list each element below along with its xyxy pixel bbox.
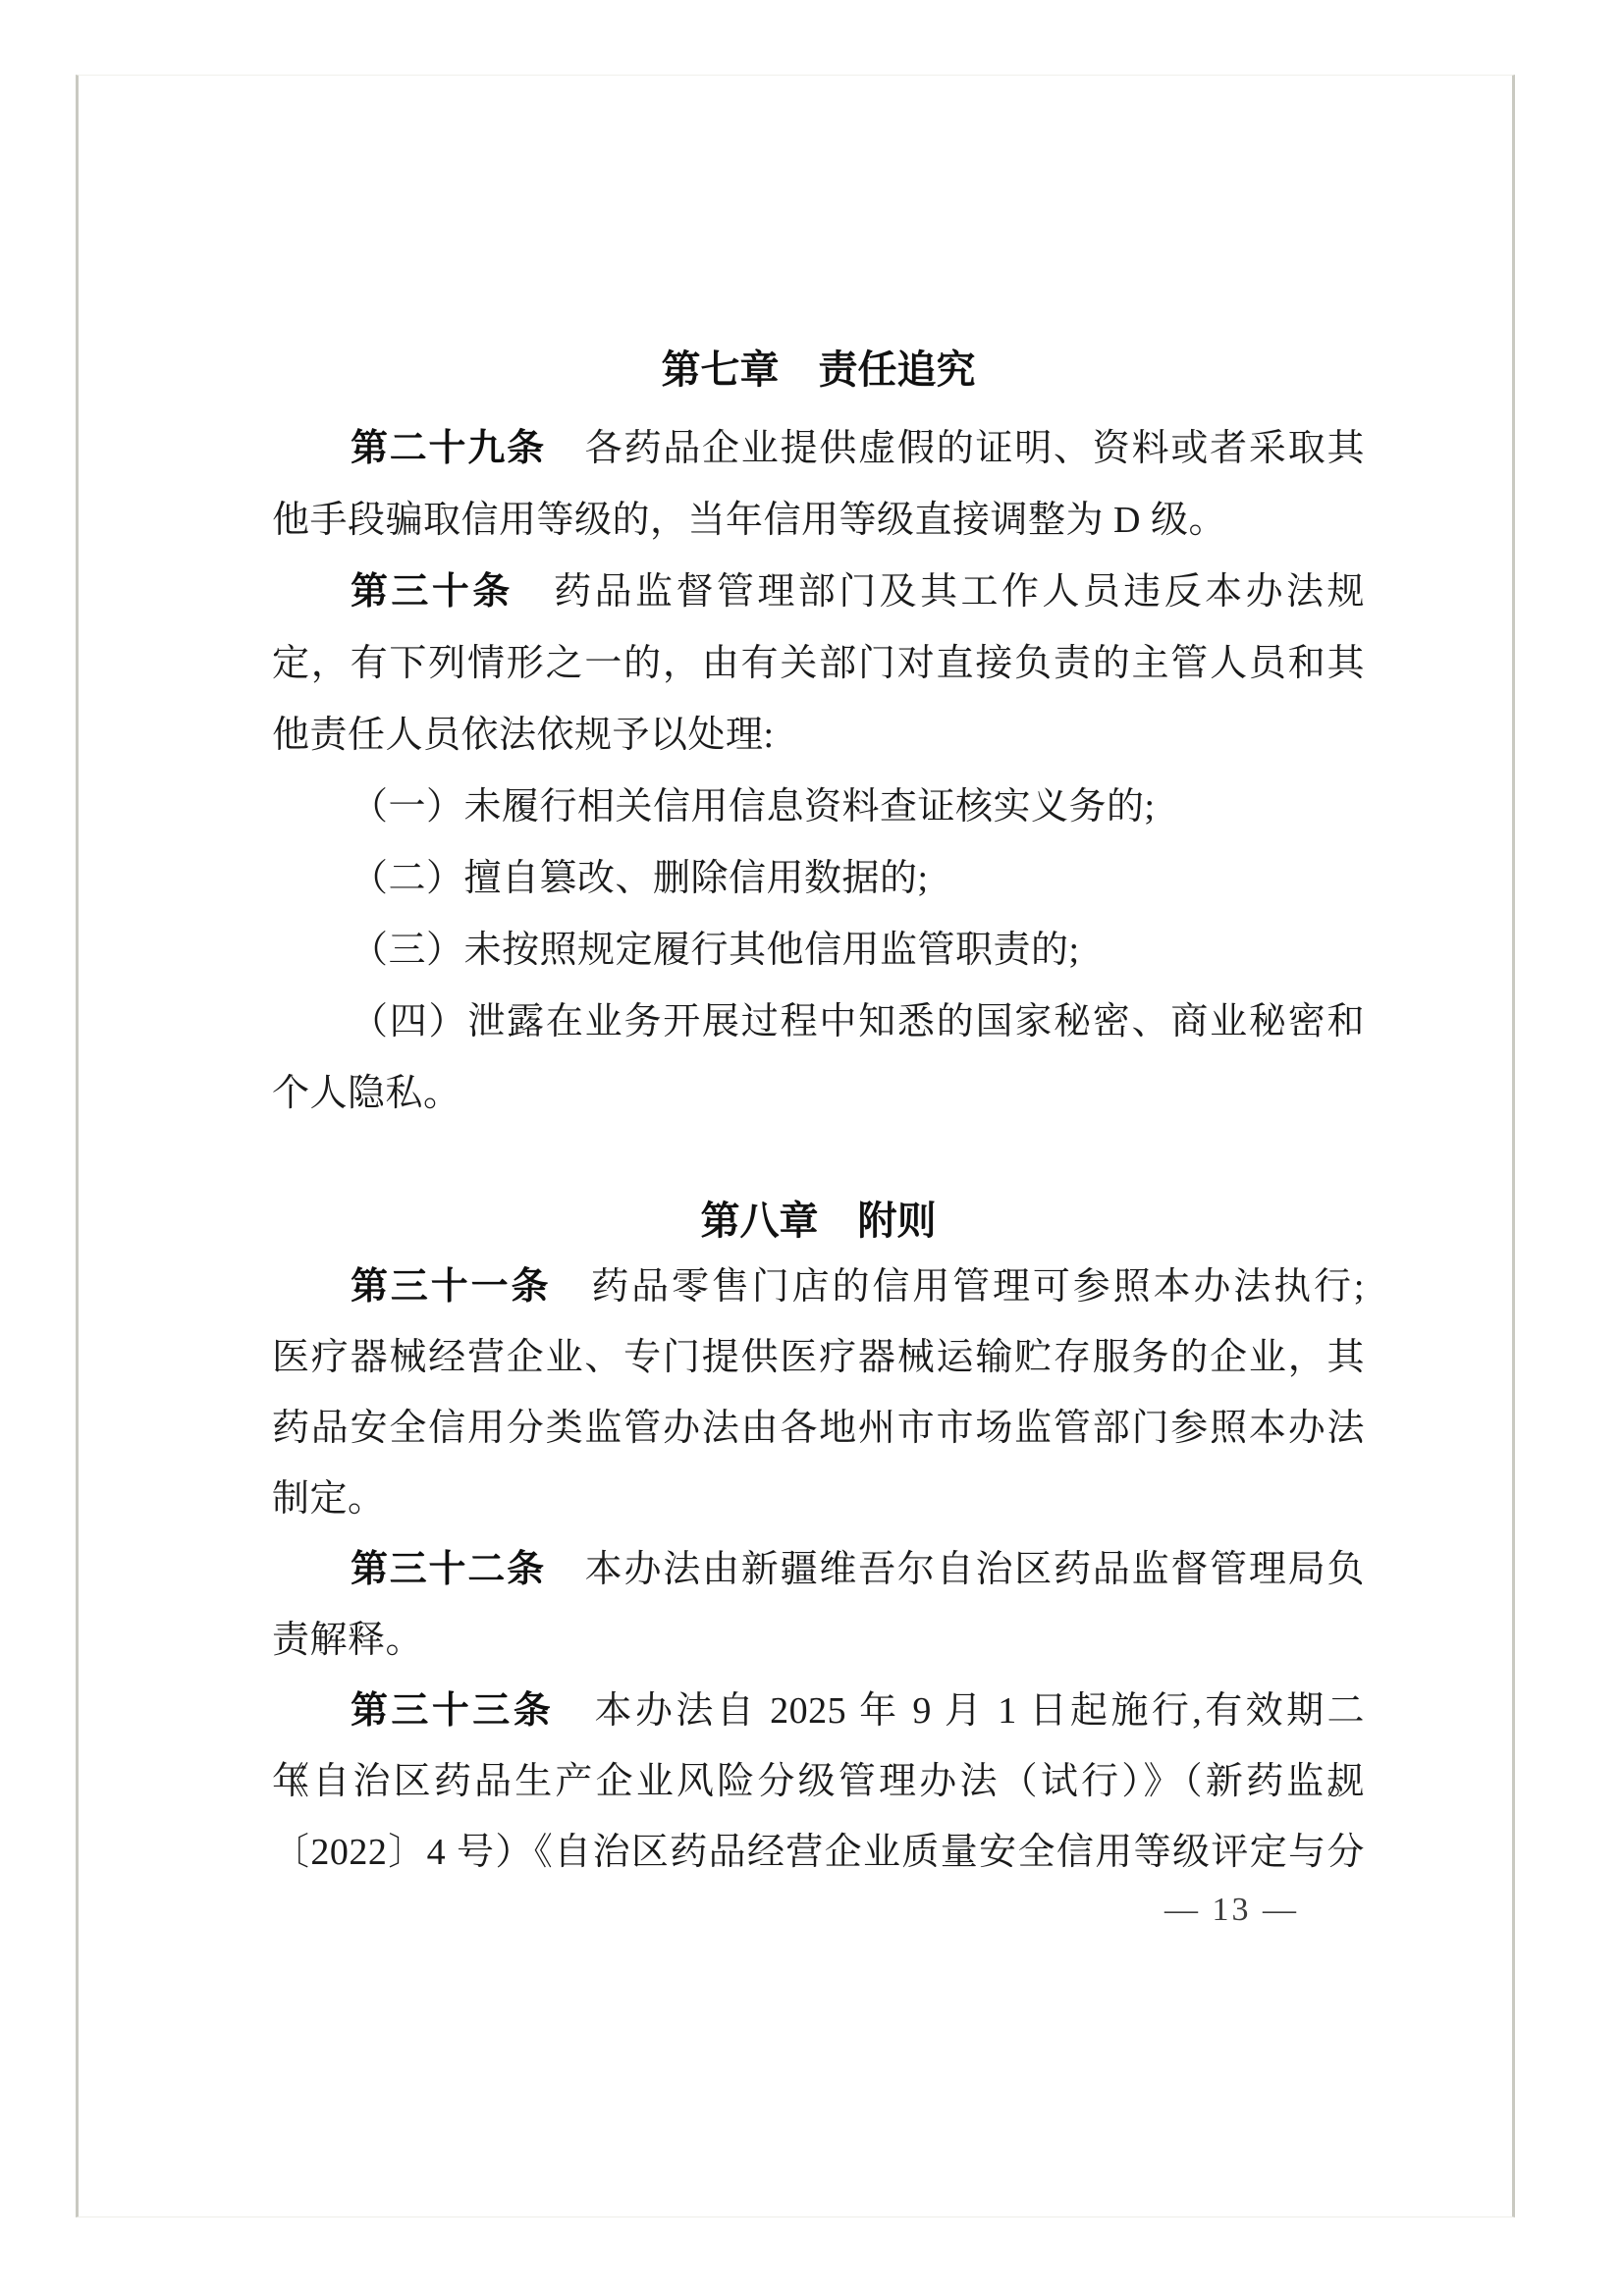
line-text: 药品零售门店的信用管理可参照本办法执行; bbox=[551, 1266, 1365, 1308]
paragraph-line: 第三十一条 药品零售门店的信用管理可参照本办法执行; bbox=[272, 1252, 1365, 1322]
list-item-3: （三）未按照规定履行其他信用监管职责的; bbox=[272, 915, 1365, 987]
chapter-7-heading: 第七章 责任追究 bbox=[272, 340, 1365, 400]
line-text: 定，有下列情形之一的，由有关部门对直接负责的主管人员和其 bbox=[272, 643, 1365, 684]
paragraph-line: 第三十二条 本办法由新疆维吾尔自治区药品监督管理局负 bbox=[272, 1534, 1365, 1605]
line-text: （三）未按照规定履行其他信用监管职责的; bbox=[351, 930, 1080, 971]
article-32-number: 第三十二条 bbox=[351, 1549, 546, 1590]
chapter-8-section: 第三十一条 药品零售门店的信用管理可参照本办法执行; 医疗器械经营企业、专门提供… bbox=[272, 1252, 1365, 1888]
paragraph-line: 第三十三条 本办法自 2025 年 9 月 1 日起施行,有效期二年。 bbox=[272, 1676, 1365, 1746]
line-text: 药品监督管理部门及其工作人员违反本办法规 bbox=[514, 571, 1365, 613]
article-29-number: 第二十九条 bbox=[351, 428, 546, 469]
page-number: — 13 — bbox=[1164, 1887, 1299, 1934]
paragraph-line: 定，有下列情形之一的，由有关部门对直接负责的主管人员和其 bbox=[272, 628, 1365, 700]
line-text: （二）擅自篡改、删除信用数据的; bbox=[351, 858, 929, 899]
line-text: 〔2022〕4 号）《自治区药品经营企业质量安全信用等级评定与分 bbox=[272, 1832, 1365, 1873]
article-33-number: 第三十三条 bbox=[351, 1690, 554, 1732]
line-text: 他手段骗取信用等级的，当年信用等级直接调整为 D 级。 bbox=[272, 500, 1226, 541]
paragraph-line: 医疗器械经营企业、专门提供医疗器械运输贮存服务的企业，其 bbox=[272, 1322, 1365, 1393]
paragraph-line: 〔2022〕4 号）《自治区药品经营企业质量安全信用等级评定与分 bbox=[272, 1817, 1365, 1888]
article-30-number: 第三十条 bbox=[351, 571, 514, 613]
document-body: 第七章 责任追究 第二十九条 各药品企业提供虚假的证明、资料或者采取其 他手段骗… bbox=[272, 0, 1365, 1888]
paragraph-line: 第二十九条 各药品企业提供虚假的证明、资料或者采取其 bbox=[272, 413, 1365, 485]
paragraph-line: 第三十条 药品监督管理部门及其工作人员违反本办法规 bbox=[272, 557, 1365, 628]
line-text: 本办法由新疆维吾尔自治区药品监督管理局负 bbox=[546, 1549, 1365, 1590]
line-text: 责解释。 bbox=[272, 1620, 423, 1661]
line-text: 医疗器械经营企业、专门提供医疗器械运输贮存服务的企业，其 bbox=[272, 1337, 1365, 1378]
list-item-1: （一）未履行相关信用信息资料查证核实义务的; bbox=[272, 772, 1365, 843]
paragraph-line: 《自治区药品生产企业风险分级管理办法（试行）》（新药监规 bbox=[272, 1746, 1365, 1817]
line-text: 他责任人员依法依规予以处理: bbox=[272, 715, 775, 756]
paragraph-line: 药品安全信用分类监管办法由各地州市市场监管部门参照本办法 bbox=[272, 1393, 1365, 1464]
paragraph-line: 制定。 bbox=[272, 1464, 1365, 1534]
paragraph-line: 个人隐私。 bbox=[272, 1058, 1365, 1130]
paragraph-line: 责解释。 bbox=[272, 1605, 1365, 1676]
line-text: 个人隐私。 bbox=[272, 1073, 461, 1114]
document-page: 第七章 责任追究 第二十九条 各药品企业提供虚假的证明、资料或者采取其 他手段骗… bbox=[0, 0, 1623, 2296]
line-text: （四）泄露在业务开展过程中知悉的国家秘密、商业秘密和 bbox=[351, 1001, 1365, 1042]
article-31-number: 第三十一条 bbox=[351, 1266, 551, 1308]
list-item-4: （四）泄露在业务开展过程中知悉的国家秘密、商业秘密和 bbox=[272, 987, 1365, 1058]
paragraph-line: 他手段骗取信用等级的，当年信用等级直接调整为 D 级。 bbox=[272, 485, 1365, 557]
line-text: 各药品企业提供虚假的证明、资料或者采取其 bbox=[546, 428, 1365, 469]
chapter-7-section: 第二十九条 各药品企业提供虚假的证明、资料或者采取其 他手段骗取信用等级的，当年… bbox=[272, 413, 1365, 1130]
line-text: （一）未履行相关信用信息资料查证核实义务的; bbox=[351, 786, 1156, 828]
list-item-2: （二）擅自篡改、删除信用数据的; bbox=[272, 843, 1365, 915]
chapter-8-heading: 第八章 附则 bbox=[272, 1191, 1365, 1252]
line-text: 制定。 bbox=[272, 1478, 386, 1520]
line-text: 《自治区药品生产企业风险分级管理办法（试行）》（新药监规 bbox=[272, 1761, 1365, 1802]
paragraph-line: 他责任人员依法依规予以处理: bbox=[272, 700, 1365, 772]
line-text: 药品安全信用分类监管办法由各地州市市场监管部门参照本办法 bbox=[272, 1408, 1365, 1449]
